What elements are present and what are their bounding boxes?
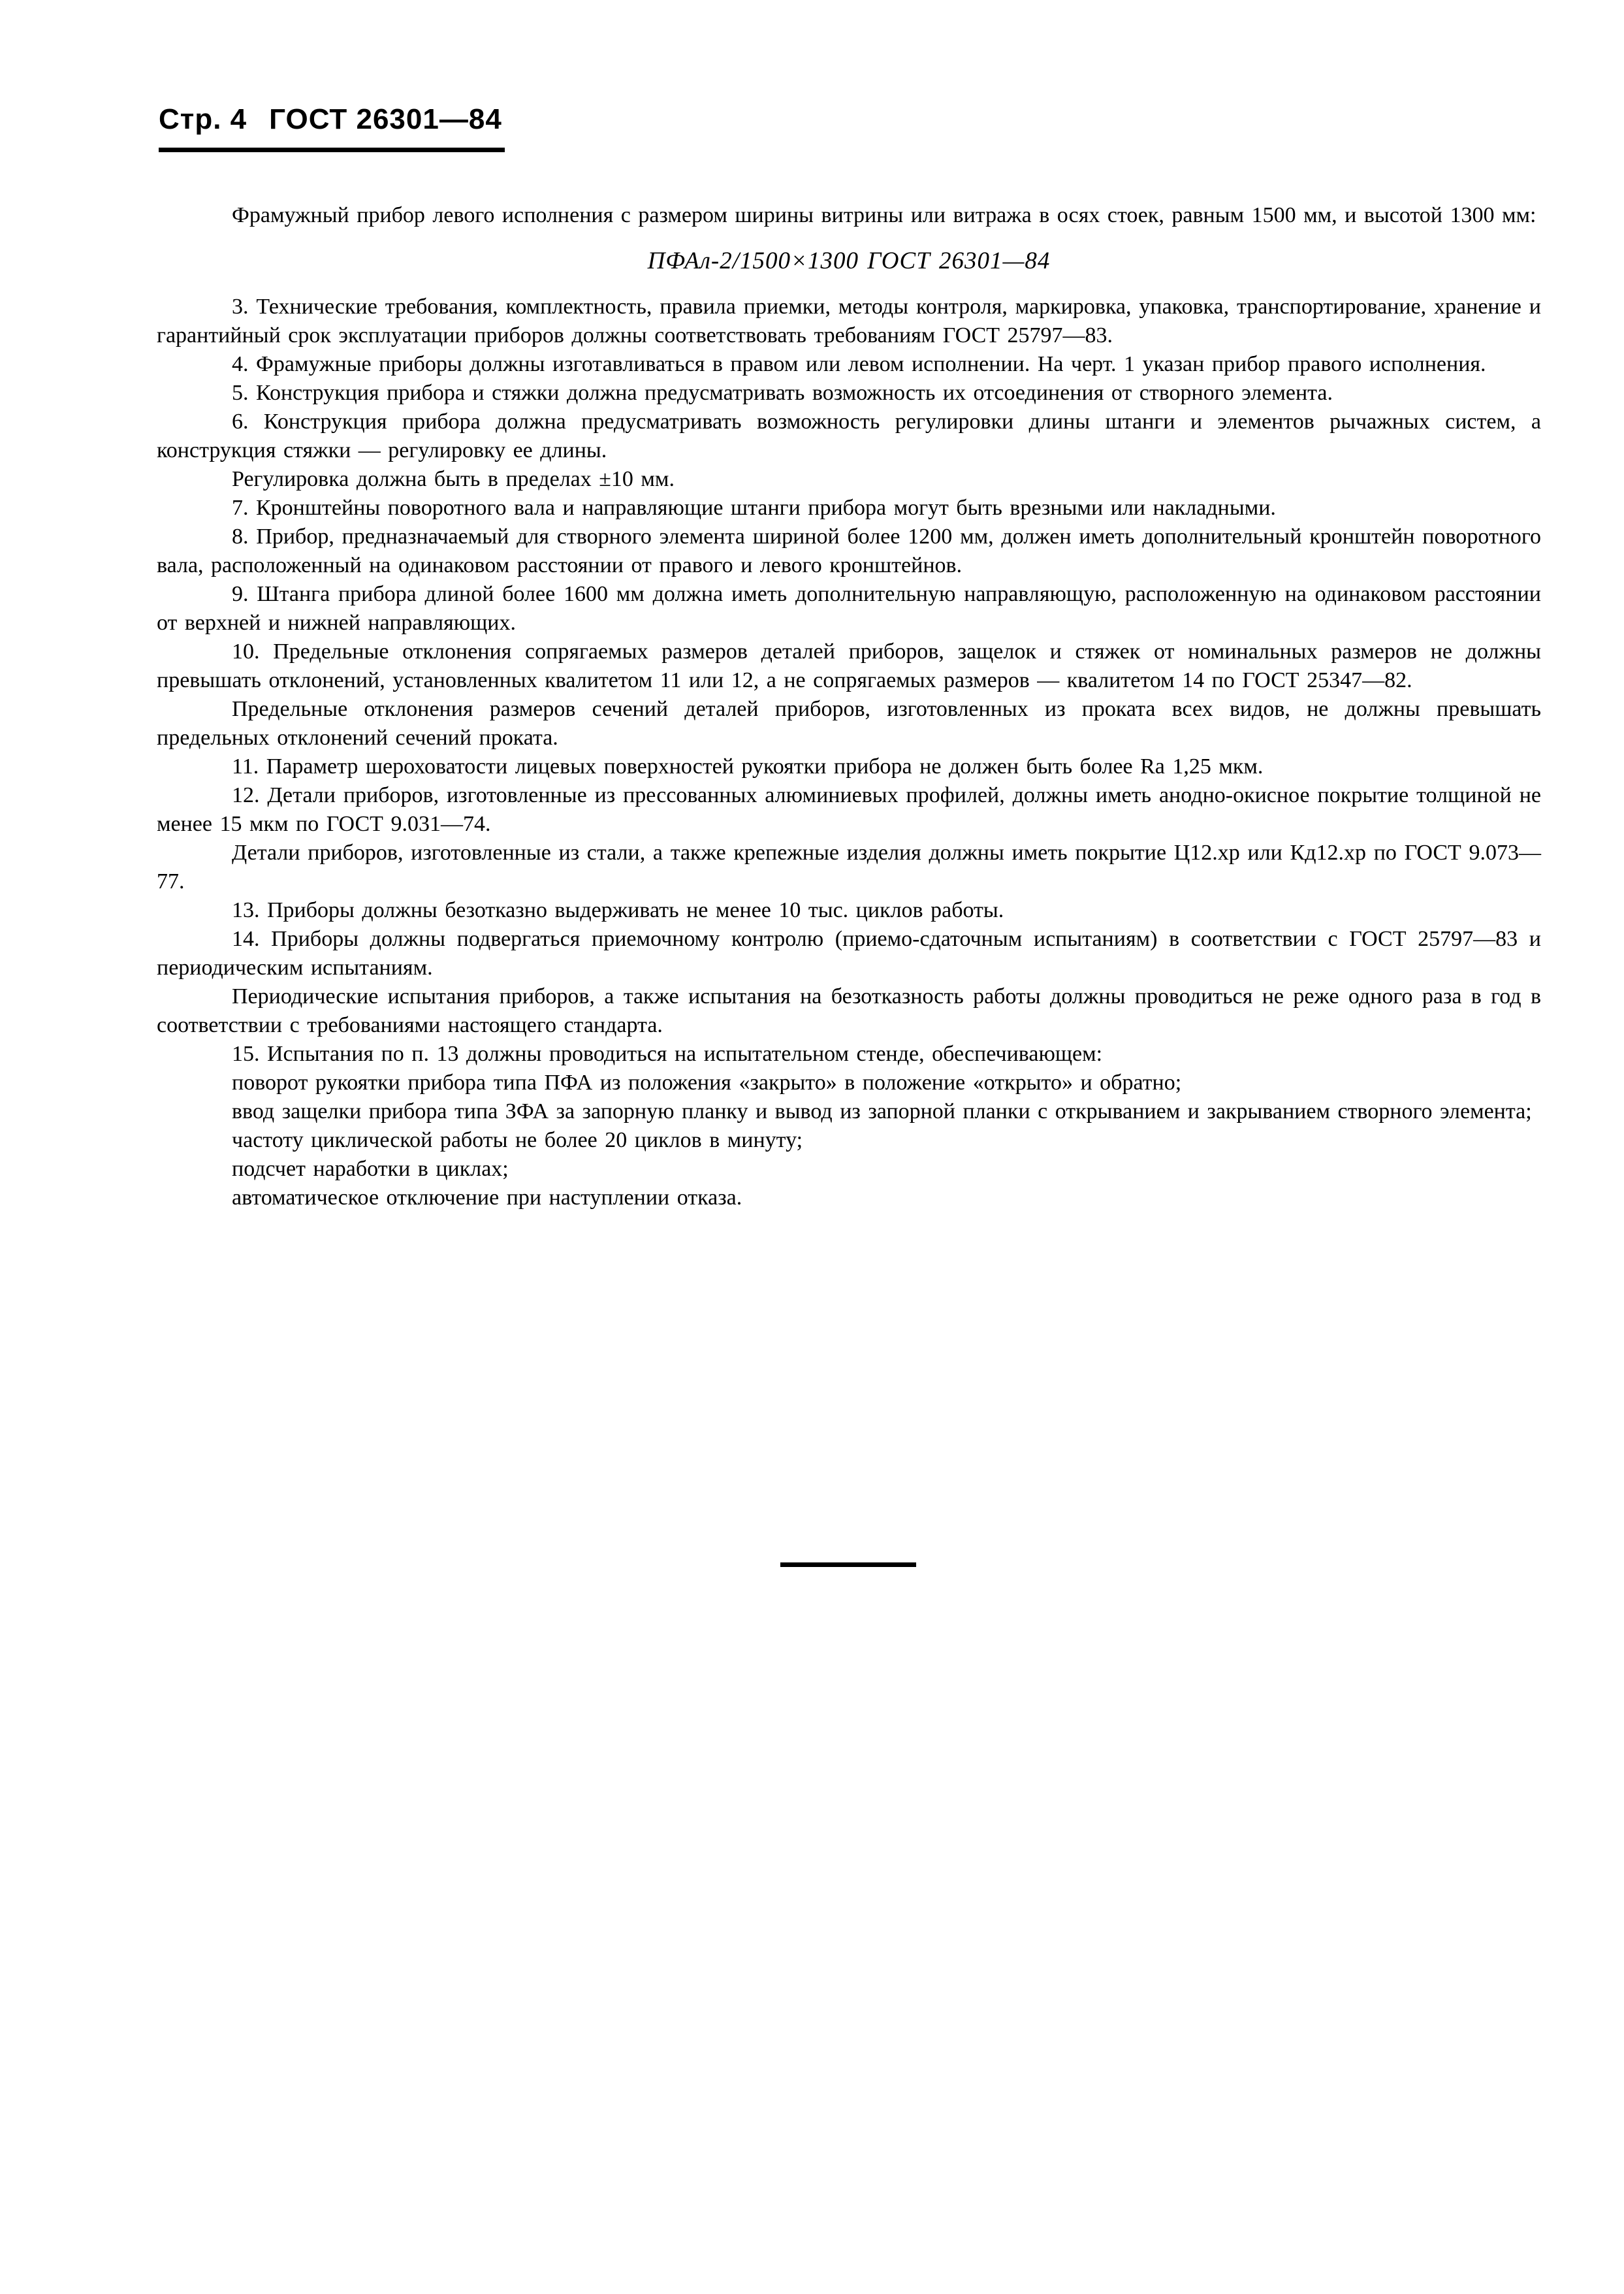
clause-10-note-paragraph: Предельные отклонения размеров сечений д… xyxy=(157,695,1541,752)
clause-9-paragraph: 9. Штанга прибора длиной более 1600 мм д… xyxy=(157,580,1541,638)
clause-11-paragraph: 11. Параметр шероховатости лицевых повер… xyxy=(157,752,1541,781)
document-body: Фрамужный прибор левого исполнения с раз… xyxy=(157,201,1541,1212)
clause-7-paragraph: 7. Кронштейны поворотного вала и направл… xyxy=(157,494,1541,523)
page-header: Стр. 4ГОСТ 26301—84 xyxy=(159,103,502,136)
clause-15-paragraph: 15. Испытания по п. 13 должны проводитьс… xyxy=(157,1040,1541,1069)
clause-10-paragraph: 10. Предельные отклонения сопрягаемых ра… xyxy=(157,638,1541,695)
clause-13-paragraph: 13. Приборы должны безотказно выдерживат… xyxy=(157,896,1541,925)
section-end-rule xyxy=(780,1562,916,1567)
clause-6-paragraph: 6. Конструкция прибора должна предусматр… xyxy=(157,408,1541,465)
clause-6-note-paragraph: Регулировка должна быть в пределах ±10 м… xyxy=(157,465,1541,494)
designation-formula: ПФАл-2/1500×1300 ГОСТ 26301—84 xyxy=(157,247,1541,276)
clause-14-paragraph: 14. Приборы должны подвергаться приемочн… xyxy=(157,925,1541,982)
paragraph-intro: Фрамужный прибор левого исполнения с раз… xyxy=(157,201,1541,230)
header-rule xyxy=(159,148,505,152)
clause-15-item-5-paragraph: автоматическое отключение при наступлени… xyxy=(157,1184,1541,1212)
clause-15-item-3-paragraph: частоту циклической работы не более 20 ц… xyxy=(157,1126,1541,1155)
page-number-label: Стр. 4 xyxy=(159,103,247,135)
clause-8-paragraph: 8. Прибор, предназначаемый для створного… xyxy=(157,523,1541,580)
clause-12-note-paragraph: Детали приборов, изготовленные из стали,… xyxy=(157,839,1541,896)
clause-15-item-1-paragraph: поворот рукоятки прибора типа ПФА из пол… xyxy=(157,1069,1541,1097)
document-page: Стр. 4ГОСТ 26301—84 Фрамужный прибор лев… xyxy=(0,0,1624,2294)
clause-15-item-2-paragraph: ввод защелки прибора типа ЗФА за запорну… xyxy=(157,1097,1541,1126)
clause-5-paragraph: 5. Конструкция прибора и стяжки должна п… xyxy=(157,379,1541,408)
clause-12-paragraph: 12. Детали приборов, изготовленные из пр… xyxy=(157,781,1541,839)
clause-14-note-paragraph: Периодические испытания приборов, а такж… xyxy=(157,982,1541,1040)
clause-4-paragraph: 4. Фрамужные приборы должны изготавливат… xyxy=(157,350,1541,379)
clause-15-item-4-paragraph: подсчет наработки в циклах; xyxy=(157,1155,1541,1184)
standard-number-label: ГОСТ 26301—84 xyxy=(269,103,502,135)
clause-3-paragraph: 3. Технические требования, комплектность… xyxy=(157,293,1541,350)
